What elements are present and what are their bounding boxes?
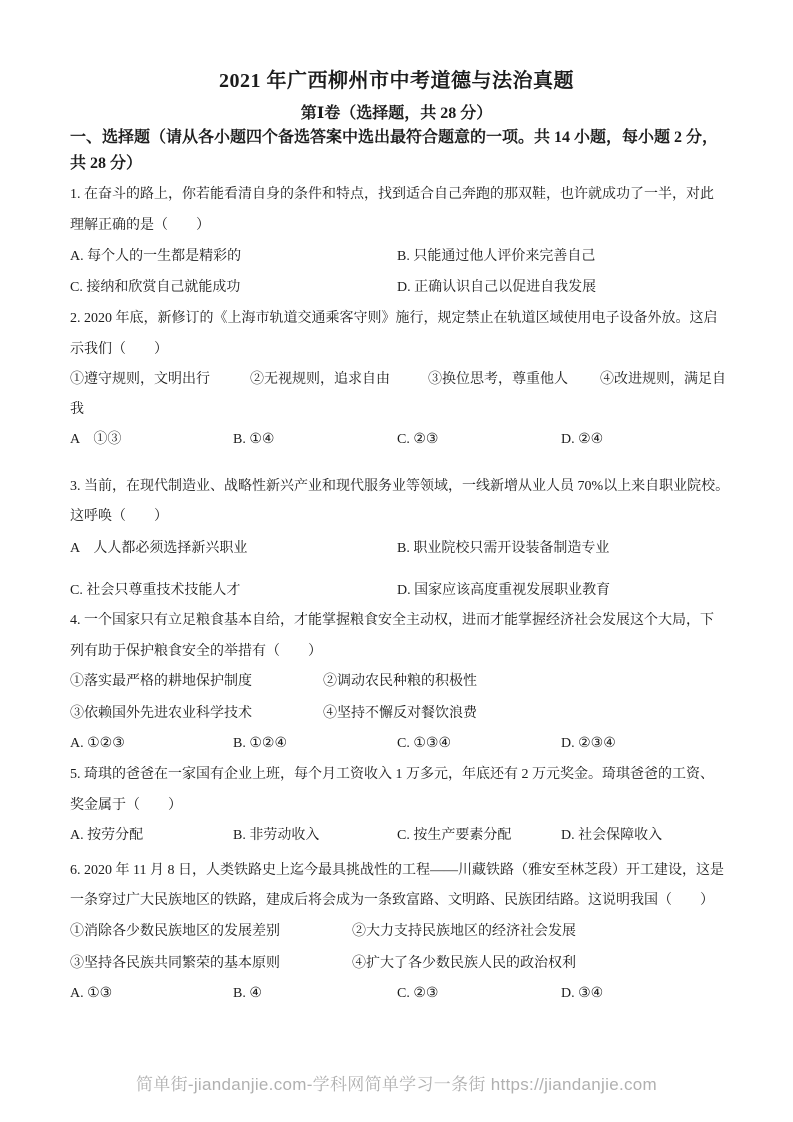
question-1-option-a: A. 每个人的一生都是精彩的: [70, 246, 241, 268]
question-5-stem-1-text: 5. 琦琪的爸爸在一家国有企业上班，每个月工资收入 1 万多元，年底还有 2 万…: [70, 764, 714, 786]
question-6-option-d: D. ③④: [561, 983, 603, 1005]
question-6-option-c: C. ②③: [397, 983, 438, 1005]
question-5-stem-2: 奖金属于（ ）: [0, 795, 793, 817]
question-2-stem-1-text: 2. 2020 年底，新修订的《上海市轨道交通乘客守则》施行，规定禁止在轨道区域…: [70, 308, 718, 330]
question-3-option-b: B. 职业院校只需开设装备制造专业: [397, 538, 609, 560]
document-subtitle: 第Ⅰ卷（选择题，共 28 分）: [0, 100, 793, 123]
question-3-option-c: C. 社会只尊重技术技能人才: [70, 580, 240, 602]
question-4-stem-1: 4. 一个国家只有立足粮食基本自给，才能掌握粮食安全主动权，进而才能掌握经济社会…: [0, 610, 793, 632]
question-6-option-b: B. ④: [233, 983, 262, 1005]
question-6-stem-2: 一条穿过广大民族地区的铁路，建成后将会成为一条致富路、文明路、民族团结路。这说明…: [0, 890, 793, 912]
page-footer: 简单街-jiandanjie.com-学科网简单学习一条街 https://ji…: [0, 1070, 793, 1095]
question-6-stem-1: 6. 2020 年 11 月 8 日，人类铁路史上迄今最具挑战性的工程——川藏铁…: [0, 860, 793, 882]
question-2-option-b: B. ①④: [233, 429, 274, 451]
question-5-options: A. 按劳分配B. 非劳动收入C. 按生产要素分配D. 社会保障收入: [0, 825, 793, 847]
question-4-stem-2-text: 列有助于保护粮食安全的举措有（ ）: [70, 641, 322, 663]
question-4-item-2: ②调动农民种粮的积极性: [323, 671, 477, 693]
question-6-options: A. ①③B. ④C. ②③D. ③④: [0, 983, 793, 1005]
question-3-stem-2-text: 这呼唤（ ）: [70, 506, 168, 528]
question-6-items-12: ①消除各少数民族地区的发展差别②大力支持民族地区的经济社会发展: [0, 921, 793, 943]
question-2-option-c: C. ②③: [397, 429, 438, 451]
question-3-stem-1-text: 3. 当前，在现代制造业、战略性新兴产业和现代服务业等领域，一线新增从业人员 7…: [70, 476, 729, 498]
exam-document-page: 2021 年广西柳州市中考道德与法治真题 第Ⅰ卷（选择题，共 28 分） 一、选…: [0, 0, 793, 1122]
document-title: 2021 年广西柳州市中考道德与法治真题: [0, 64, 793, 93]
question-1-options-cd: C. 接纳和欣赏自己就能成功D. 正确认识自己以促进自我发展: [0, 277, 793, 299]
question-4-item-1: ①落实最严格的耕地保护制度: [70, 671, 252, 693]
question-1-stem-2: 理解正确的是（ ）: [0, 215, 793, 237]
question-5-option-a: A. 按劳分配: [70, 825, 143, 847]
question-3-option-d: D. 国家应该高度重视发展职业教育: [397, 580, 610, 602]
question-1-stem-1-text: 1. 在奋斗的路上，你若能看清自身的条件和特点，找到适合自己奔跑的那双鞋，也许就…: [70, 184, 714, 206]
question-2-item-2: ②无视规则，追求自由: [250, 369, 390, 391]
question-5-option-d: D. 社会保障收入: [561, 825, 662, 847]
question-2-items: ①遵守规则，文明出行②无视规则，追求自由③换位思考，尊重他人④改进规则，满足自: [0, 369, 793, 391]
question-2-stem-1: 2. 2020 年底，新修订的《上海市轨道交通乘客守则》施行，规定禁止在轨道区域…: [0, 308, 793, 330]
question-3-options-cd: C. 社会只尊重技术技能人才D. 国家应该高度重视发展职业教育: [0, 580, 793, 602]
question-4-option-c: C. ①③④: [397, 733, 451, 755]
question-6-item-4: ④扩大了各少数民族人民的政治权利: [352, 953, 576, 975]
question-3-options-ab: A 人人都必须选择新兴职业B. 职业院校只需开设装备制造专业: [0, 538, 793, 560]
section-heading-line-1: 一、选择题（请从各小题四个备选答案中选出最符合题意的一项。共 14 小题，每小题…: [70, 124, 718, 147]
question-2-item-4: ④改进规则，满足自: [600, 369, 726, 391]
question-4-item-4: ④坚持不懈反对餐饮浪费: [323, 703, 477, 725]
question-6-item-1: ①消除各少数民族地区的发展差别: [70, 921, 280, 943]
section-heading-line-2: 共 28 分）: [70, 150, 142, 173]
question-4-option-b: B. ①②④: [233, 733, 287, 755]
question-1-stem-2-text: 理解正确的是（ ）: [70, 215, 210, 237]
question-6-items-34: ③坚持各民族共同繁荣的基本原则④扩大了各少数民族人民的政治权利: [0, 953, 793, 975]
question-2-item-3: ③换位思考，尊重他人: [428, 369, 568, 391]
question-5-stem-1: 5. 琦琪的爸爸在一家国有企业上班，每个月工资收入 1 万多元，年底还有 2 万…: [0, 764, 793, 786]
question-4-stem-1-text: 4. 一个国家只有立足粮食基本自给，才能掌握粮食安全主动权，进而才能掌握经济社会…: [70, 610, 714, 632]
question-2-option-a: A ①③: [70, 429, 121, 451]
question-4-options: A. ①②③B. ①②④C. ①③④D. ②③④: [0, 733, 793, 755]
question-4-items-34: ③依赖国外先进农业科学技术④坚持不懈反对餐饮浪费: [0, 703, 793, 725]
question-4-item-3: ③依赖国外先进农业科学技术: [70, 703, 252, 725]
question-4-stem-2: 列有助于保护粮食安全的举措有（ ）: [0, 641, 793, 663]
question-5-stem-2-text: 奖金属于（ ）: [70, 795, 182, 817]
question-1-option-c: C. 接纳和欣赏自己就能成功: [70, 277, 240, 299]
question-1-options-ab: A. 每个人的一生都是精彩的B. 只能通过他人评价来完善自己: [0, 246, 793, 268]
question-6-stem-2-text: 一条穿过广大民族地区的铁路，建成后将会成为一条致富路、文明路、民族团结路。这说明…: [70, 890, 714, 912]
question-1-option-d: D. 正确认识自己以促进自我发展: [397, 277, 596, 299]
question-2-options: A ①③B. ①④C. ②③D. ②④: [0, 429, 793, 451]
question-2-item-4-wrap-text: 我: [70, 399, 84, 421]
question-2-stem-2-text: 示我们（ ）: [70, 339, 168, 361]
question-2-item-4-wrap: 我: [0, 399, 793, 421]
question-5-option-b: B. 非劳动收入: [233, 825, 319, 847]
question-1-option-b: B. 只能通过他人评价来完善自己: [397, 246, 595, 268]
question-6-stem-1-text: 6. 2020 年 11 月 8 日，人类铁路史上迄今最具挑战性的工程——川藏铁…: [70, 860, 724, 882]
question-2-option-d: D. ②④: [561, 429, 603, 451]
question-6-item-3: ③坚持各民族共同繁荣的基本原则: [70, 953, 280, 975]
question-2-item-1: ①遵守规则，文明出行: [70, 369, 210, 391]
question-2-stem-2: 示我们（ ）: [0, 339, 793, 361]
question-3-stem-2: 这呼唤（ ）: [0, 506, 793, 528]
question-6-option-a: A. ①③: [70, 983, 112, 1005]
question-5-option-c: C. 按生产要素分配: [397, 825, 511, 847]
question-3-stem-1: 3. 当前，在现代制造业、战略性新兴产业和现代服务业等领域，一线新增从业人员 7…: [0, 476, 793, 498]
question-6-item-2: ②大力支持民族地区的经济社会发展: [352, 921, 576, 943]
question-4-option-d: D. ②③④: [561, 733, 616, 755]
question-4-option-a: A. ①②③: [70, 733, 125, 755]
question-3-option-a: A 人人都必须选择新兴职业: [70, 538, 247, 560]
question-1-stem-1: 1. 在奋斗的路上，你若能看清自身的条件和特点，找到适合自己奔跑的那双鞋，也许就…: [0, 184, 793, 206]
question-4-items-12: ①落实最严格的耕地保护制度②调动农民种粮的积极性: [0, 671, 793, 693]
